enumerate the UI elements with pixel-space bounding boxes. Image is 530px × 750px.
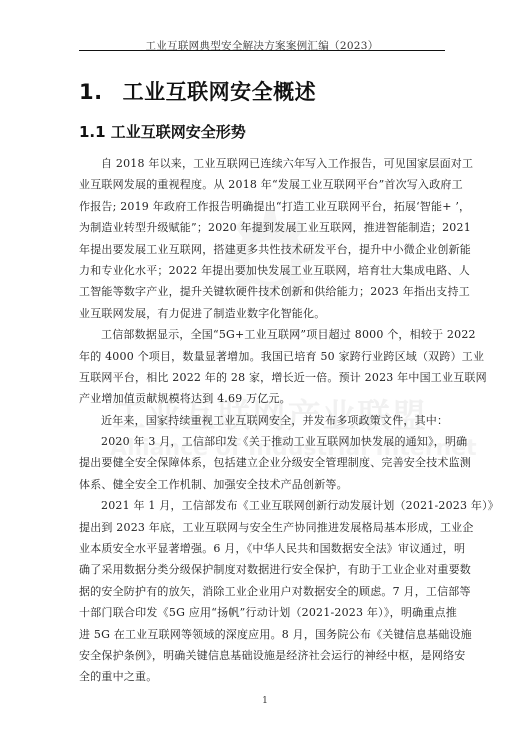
text-line: 年的 4000 个项目，数量显著增加。我国已培育 50 家跨行业跨区域（双跨）工… bbox=[79, 346, 457, 367]
text-line: 提出要健全安全保障体系，包括建立企业分级安全管理制度、完善安全技术监测 bbox=[79, 452, 457, 473]
text-line: 全的重中之重。 bbox=[79, 666, 457, 687]
text-line: 产业增加值贡献规模将达到 4.69 万亿元。 bbox=[79, 388, 457, 409]
text-line: 为制造业转型升级赋能”；2020 年提到发展工业互联网，推进智能制造；2021 bbox=[79, 217, 457, 238]
chapter-title: 工业互联网安全概述 bbox=[123, 80, 317, 104]
text-line: 业互联网发展的重视程度。从 2018 年“发展工业互联网平台”首次写入政府工 bbox=[79, 174, 457, 195]
text-line: 业本质安全水平显著增强。6 月，《中华人民共和国数据安全法》审议通过，明 bbox=[79, 538, 457, 559]
text-line: 进 5G 在工业互联网等领域的深度应用。8 月，国务院公布《关键信息基础设施 bbox=[79, 624, 457, 645]
text-line: 十部门联合印发《5G 应用“扬帆”行动计划（2021-2023 年）》，明确重点… bbox=[79, 602, 457, 623]
section-heading: 1.1 工业互联网安全形势 bbox=[79, 121, 246, 142]
text-line: 年提出要发展工业互联网，搭建更多共性技术研发平台，提升中小微企业创新能 bbox=[79, 239, 457, 260]
text-line: 作报告; 2019 年政府工作报告明确提出“打造工业互联网平台，拓展‘智能+ ’… bbox=[79, 196, 457, 217]
body-text: 自 2018 年以来，工业互联网已连续六年写入工作报告，可见国家层面对工 业互联… bbox=[79, 153, 457, 688]
text-line: 确了采用数据分类分级保护制度对数据进行安全保护，有助于工业企业对重要数 bbox=[79, 559, 457, 580]
page-number: 1 bbox=[0, 696, 530, 706]
text-line: 提出到 2023 年底，工业互联网与安全生产协同推进发展格局基本形成，工业企 bbox=[79, 517, 457, 538]
text-line: 体系、健全安全工作机制、加强安全技术产品创新等。 bbox=[79, 474, 457, 495]
text-line: 业互联网发展，有力促进了制造业数字化智能化。 bbox=[79, 303, 457, 324]
text-line: 力和专业化水平；2022 年提出要加快发展工业互联网，培育壮大集成电路、人 bbox=[79, 260, 457, 281]
chapter-number: 1. bbox=[79, 80, 103, 104]
text-line: 据的安全防护有的放矢，消除工业企业用户对数据安全的顾虑。7 月，工信部等 bbox=[79, 581, 457, 602]
text-line: 工智能等数字产业，提升关键软硬件技术创新和供给能力；2023 年指出支持工 bbox=[79, 281, 457, 302]
text-line: 2020 年 3 月，工信部印发《关于推动工业互联网加快发展的通知》，明确 bbox=[79, 431, 457, 452]
text-line: 2021 年 1 月，工信部发布《工业互联网创新行动发展计划（2021-2023… bbox=[79, 495, 457, 516]
text-line: 安全保护条例》，明确关键信息基础设施是经济社会运行的神经中枢，是网络安 bbox=[79, 645, 457, 666]
header-divider bbox=[79, 50, 445, 51]
text-line: 互联网平台，相比 2022 年的 28 家，增长近一倍。预计 2023 年中国工… bbox=[79, 367, 457, 388]
text-line: 近年来，国家持续重视工业互联网安全，并发布多项政策文件，其中： bbox=[79, 410, 457, 431]
document-page: 工业互联网产业联盟 Alliance of Industrial Interne… bbox=[0, 0, 530, 750]
text-line: 工信部数据显示，全国“5G+工业互联网”项目超过 8000 个，相较于 2022 bbox=[79, 324, 457, 345]
text-line: 自 2018 年以来，工业互联网已连续六年写入工作报告，可见国家层面对工 bbox=[79, 153, 457, 174]
chapter-heading: 1.工业互联网安全概述 bbox=[79, 76, 316, 106]
